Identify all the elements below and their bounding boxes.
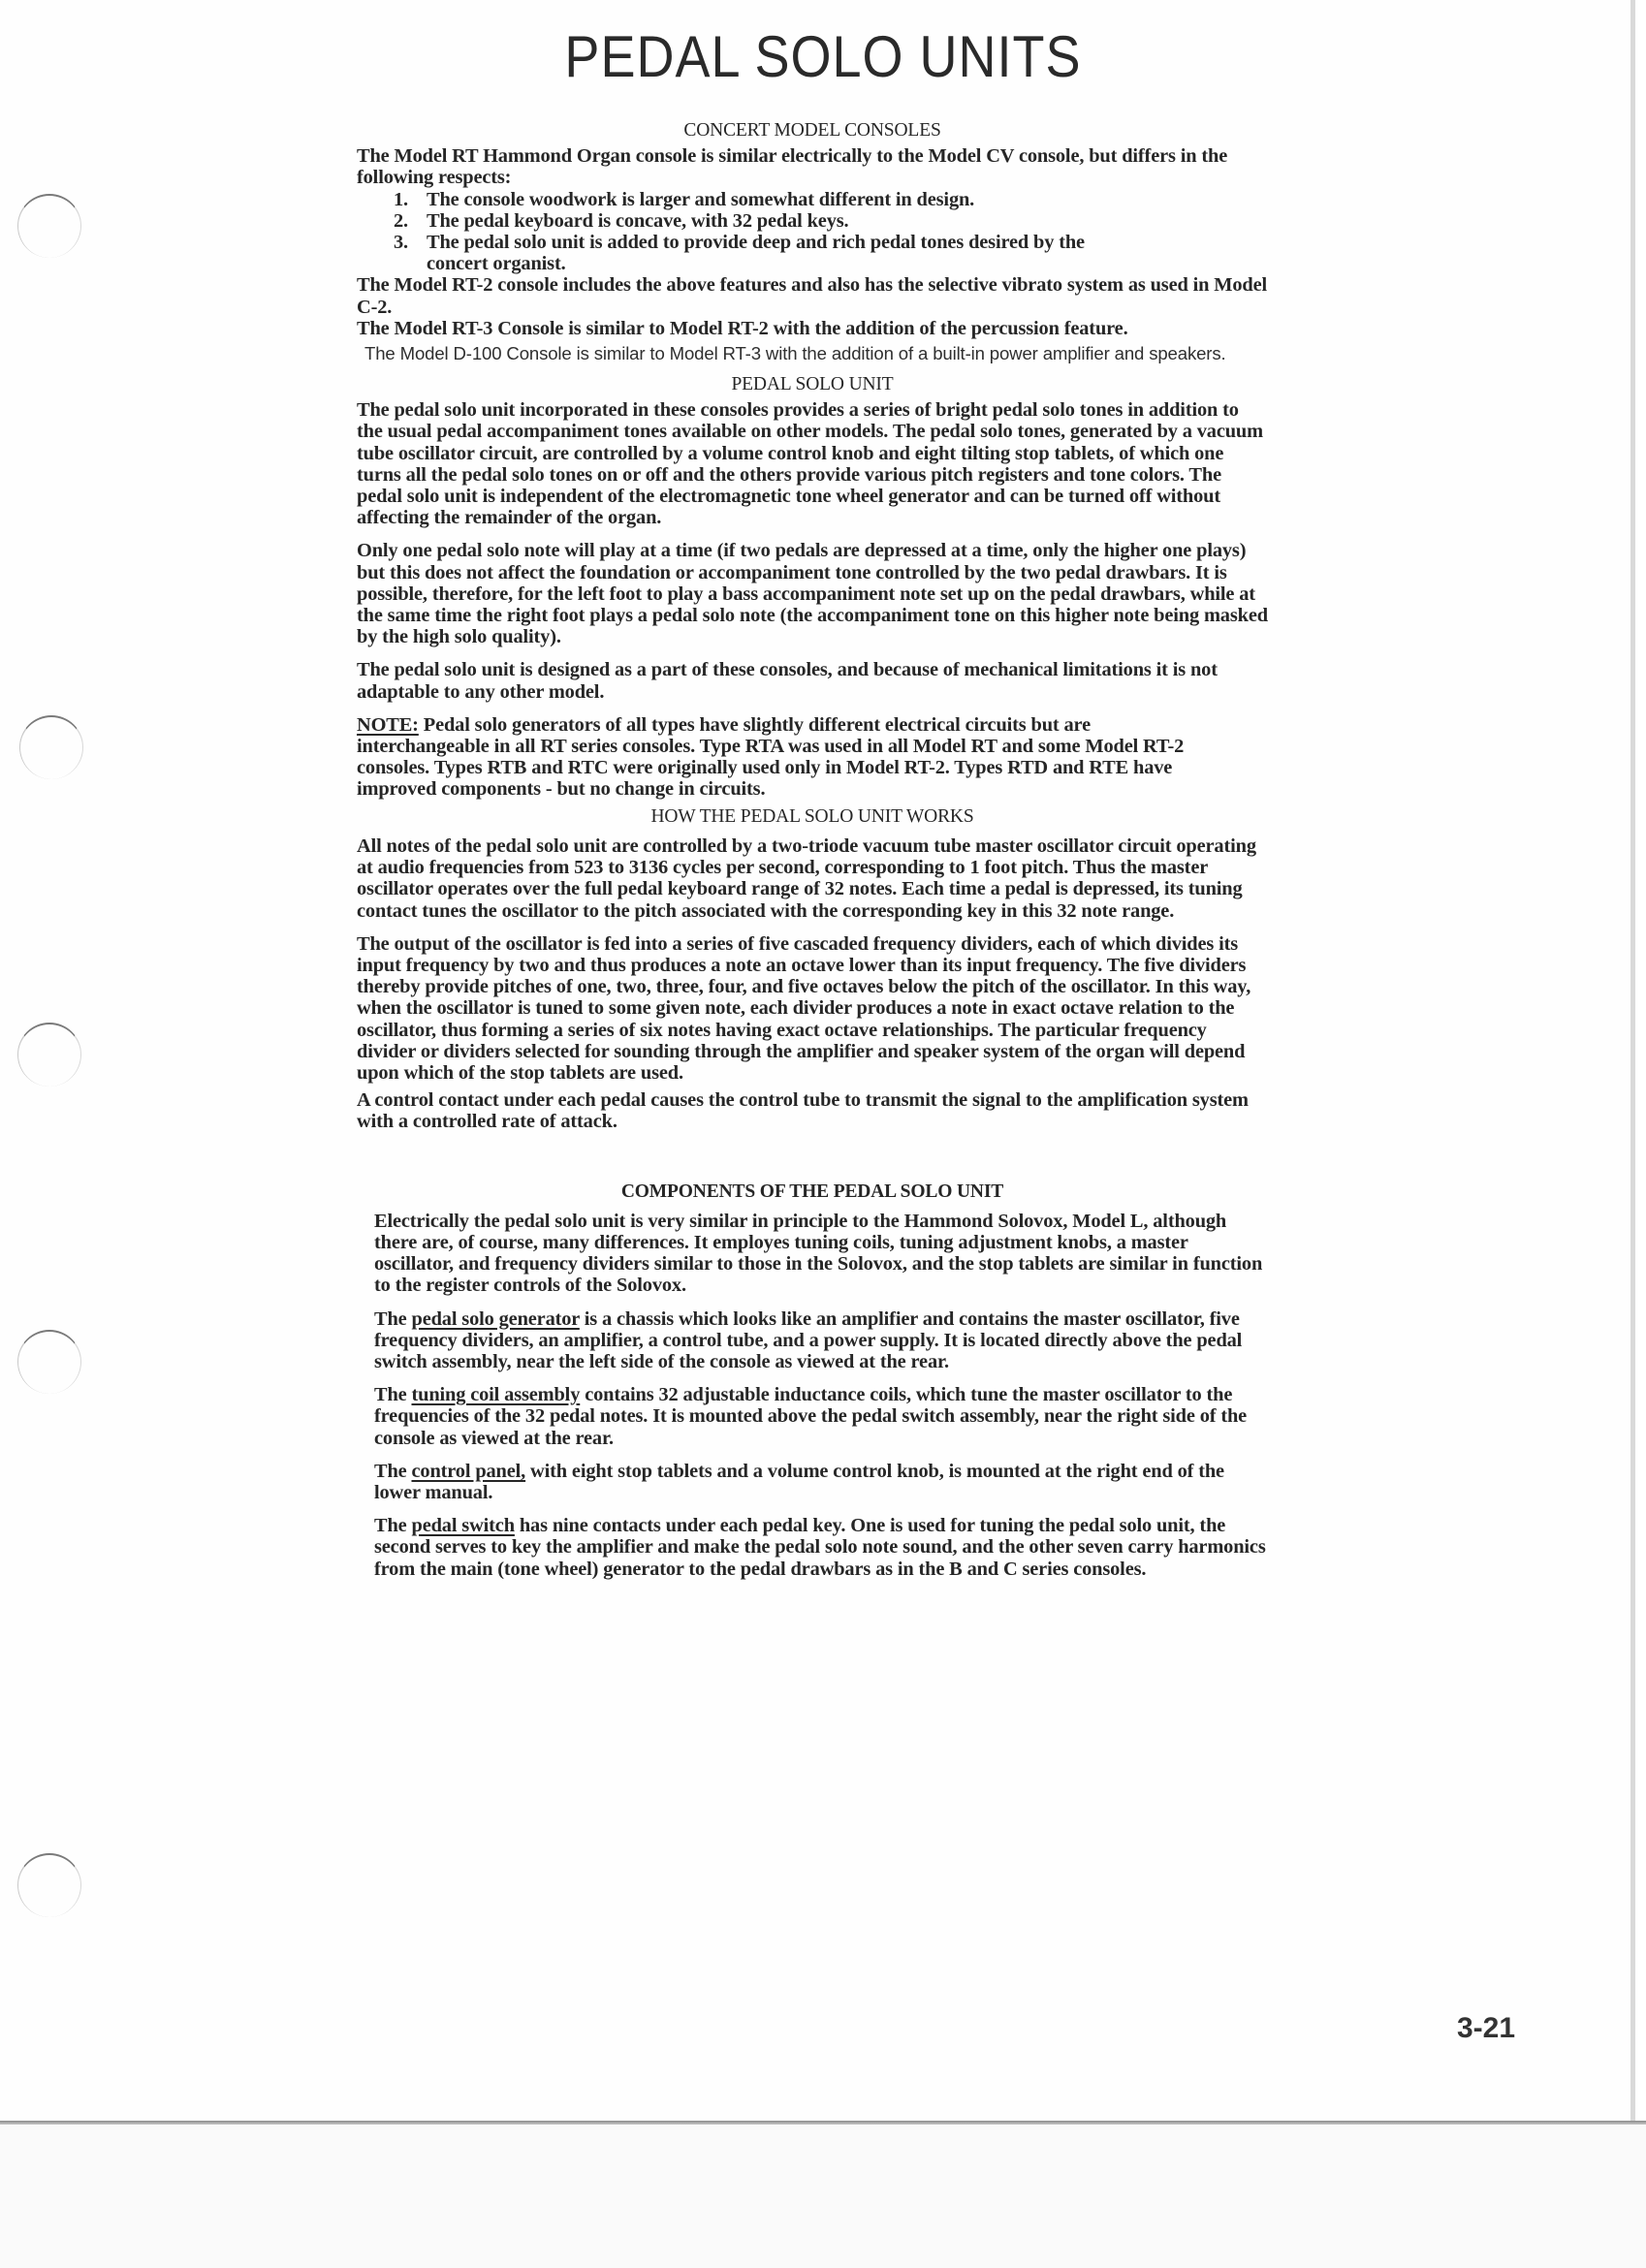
term-pedal-solo-generator: pedal solo generator (412, 1308, 580, 1330)
section-heading-components: COMPONENTS OF THE PEDAL SOLO UNIT (357, 1181, 1268, 1203)
list-item: 2.The pedal keyboard is concave, with 32… (394, 210, 1268, 232)
binder-hole (17, 1330, 81, 1394)
differences-list: 1.The console woodwork is larger and som… (394, 189, 1268, 275)
components-paragraph-1: Electrically the pedal solo unit is very… (374, 1211, 1268, 1297)
term-tuning-coil-assembly: tuning coil assembly (412, 1384, 581, 1405)
section-heading-works: HOW THE PEDAL SOLO UNIT WORKS (357, 806, 1268, 828)
concert-intro: The Model RT Hammond Organ console is si… (357, 145, 1268, 188)
section-heading-unit: PEDAL SOLO UNIT (357, 374, 1268, 395)
coil-paragraph: The tuning coil assembly contains 32 adj… (374, 1384, 1268, 1449)
binder-hole (17, 194, 81, 258)
components-body: Electrically the pedal solo unit is very… (374, 1211, 1268, 1580)
works-paragraph-3: A control contact under each pedal cause… (357, 1089, 1268, 1132)
unit-paragraph-3: The pedal solo unit is designed as a par… (357, 659, 1268, 702)
note-paragraph: NOTE: Pedal solo generators of all types… (357, 714, 1210, 801)
list-item: 1.The console woodwork is larger and som… (394, 189, 1268, 210)
document-body: CONCERT MODEL CONSOLES The Model RT Hamm… (357, 120, 1268, 1580)
switch-paragraph: The pedal switch has nine contacts under… (374, 1515, 1268, 1580)
binder-hole (17, 1853, 81, 1917)
unit-paragraph-2: Only one pedal solo note will play at a … (357, 540, 1268, 647)
panel-paragraph: The control panel, with eight stop table… (374, 1461, 1268, 1503)
binder-hole (19, 715, 83, 779)
d100-paragraph: The Model D-100 Console is similar to Mo… (364, 339, 1268, 368)
unit-paragraph-1: The pedal solo unit incorporated in thes… (357, 399, 1268, 528)
list-item: 3.The pedal solo unit is added to provid… (394, 232, 1105, 274)
page-title: PEDAL SOLO UNITS (0, 23, 1646, 90)
note-label: NOTE: (357, 714, 419, 736)
page-number: 3-21 (1457, 2012, 1515, 2045)
rt2-paragraph: The Model RT-2 console includes the abov… (357, 274, 1268, 317)
term-control-panel: control panel, (412, 1461, 526, 1482)
rt3-paragraph: The Model RT-3 Console is similar to Mod… (357, 318, 1268, 339)
document-page: PEDAL SOLO UNITS CONCERT MODEL CONSOLES … (0, 0, 1635, 2121)
section-heading-concert: CONCERT MODEL CONSOLES (357, 120, 1268, 142)
term-pedal-switch: pedal switch (412, 1515, 515, 1536)
works-paragraph-1: All notes of the pedal solo unit are con… (357, 835, 1268, 922)
binder-hole (17, 1023, 81, 1087)
works-paragraph-2: The output of the oscillator is fed into… (357, 933, 1268, 1084)
scan-background (0, 2125, 1646, 2268)
generator-paragraph: The pedal solo generator is a chassis wh… (374, 1308, 1268, 1373)
